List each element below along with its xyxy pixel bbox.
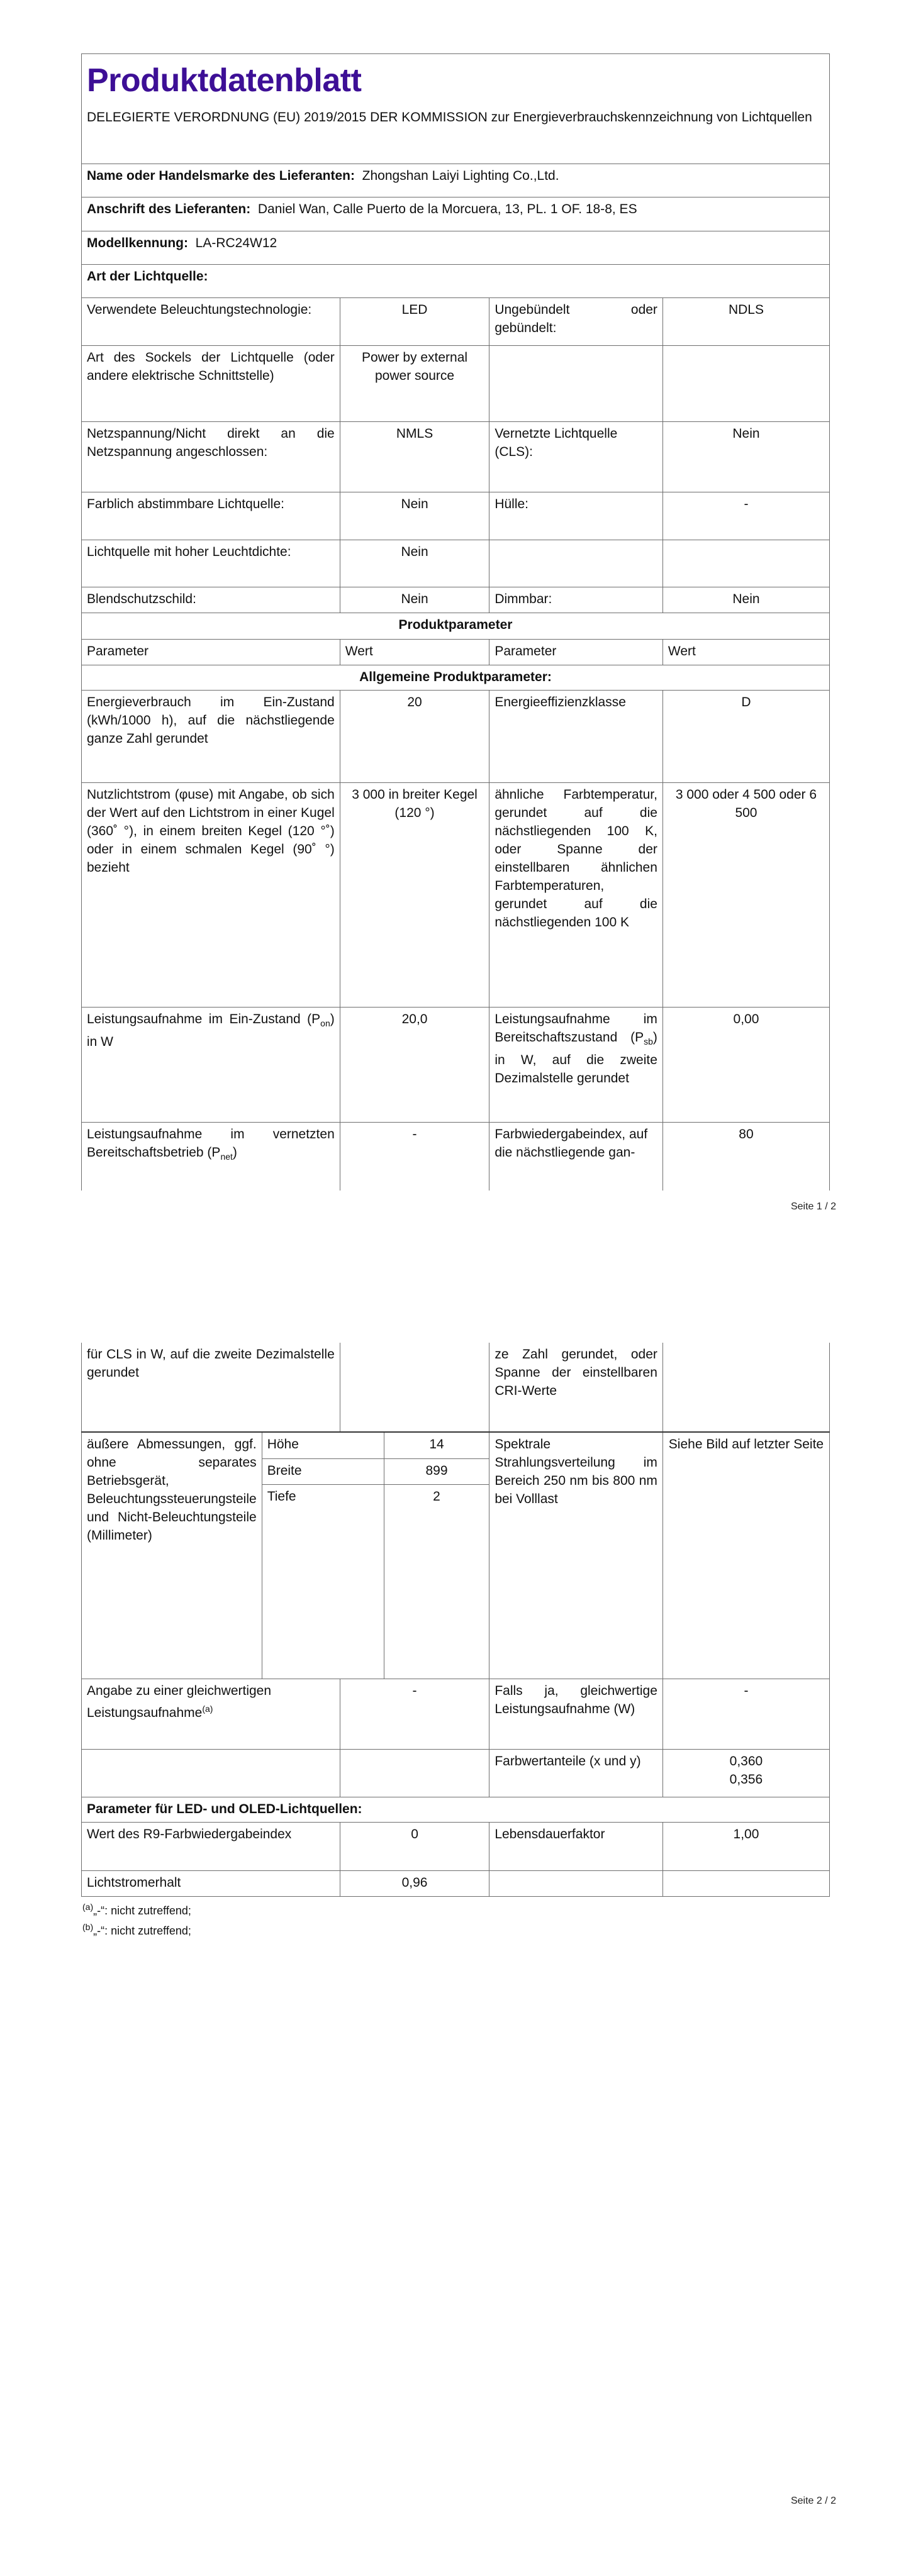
table-row: Leistungsaufnahme im Ein-Zustand (Pon) i… xyxy=(82,1008,830,1123)
table-row: Verwendete Beleuchtungstechnologie: LED … xyxy=(82,298,830,346)
param-value xyxy=(662,1343,829,1432)
param-value: 80 xyxy=(662,1123,829,1191)
param-value: 20 xyxy=(340,691,489,783)
page-number-1: Seite 1 / 2 xyxy=(791,1201,836,1213)
param-label: ähnliche Farbtemperatur, gerundet auf di… xyxy=(489,783,663,1008)
param-value: 0,00 xyxy=(662,1008,829,1123)
param-label: Angabe zu einer gleichwertigen Leistungs… xyxy=(82,1679,340,1750)
page-title: Produktdatenblatt xyxy=(87,62,824,99)
param-label: für CLS in W, auf die zweite Dezimalstel… xyxy=(82,1343,340,1432)
param-value: 20,0 xyxy=(340,1008,489,1123)
param-value: Nein xyxy=(662,422,829,492)
param-label xyxy=(489,1871,663,1897)
param-label: Blendschutzschild: xyxy=(82,587,340,613)
param-label: Lichtstromerhalt xyxy=(82,1871,340,1897)
model-label: Modellkennung: xyxy=(87,236,188,250)
param-value: Siehe Bild auf letzter Seite xyxy=(662,1432,829,1679)
param-label: Farbwiedergabeindex, auf die nächstliege… xyxy=(489,1123,663,1191)
param-value: Nein xyxy=(340,587,489,613)
param-label: Farbwertanteile (x und y) xyxy=(489,1750,663,1797)
supplier-address-value: Daniel Wan, Calle Puerto de la Morcuera,… xyxy=(258,202,637,216)
table-row: Angabe zu einer gleichwertigen Leistungs… xyxy=(82,1679,830,1750)
dimension-value: 14 xyxy=(384,1433,489,1458)
param-value xyxy=(662,346,829,422)
param-value: - xyxy=(662,492,829,540)
general-parameters-heading: Allgemeine Produktparameter: xyxy=(82,665,830,691)
param-value: Nein xyxy=(662,587,829,613)
table-row: Lichtstromerhalt 0,96 xyxy=(82,1871,830,1897)
column-header: Wert xyxy=(340,640,489,665)
param-label: Falls ja, gleichwertige Leistungsaufnahm… xyxy=(489,1679,663,1750)
param-value: LED xyxy=(340,298,489,346)
chromaticity-x: 0,360 xyxy=(668,1752,824,1770)
param-label: Dimmbar: xyxy=(489,587,663,613)
datasheet-table-page-2: für CLS in W, auf die zweite Dezimalstel… xyxy=(81,1343,830,1897)
dimension-name: Höhe xyxy=(262,1433,384,1458)
param-value: - xyxy=(340,1679,489,1750)
column-header: Parameter xyxy=(82,640,340,665)
param-label: Nutzlichtstrom (φuse) mit Angabe, ob sic… xyxy=(82,783,340,1008)
param-label: Ungebündelt oder gebündelt: xyxy=(489,298,663,346)
param-label: Leistungsaufnahme im vernetzten Bereitsc… xyxy=(82,1123,340,1191)
param-label: Lichtquelle mit hoher Leuchtdichte: xyxy=(82,540,340,587)
table-row: Art des Sockels der Lichtquelle (oder an… xyxy=(82,346,830,422)
column-header: Parameter xyxy=(489,640,663,665)
light-source-type-heading: Art der Lichtquelle: xyxy=(82,265,830,298)
param-label: Lebensdauerfaktor xyxy=(489,1823,663,1871)
param-value xyxy=(340,1343,489,1432)
param-label: Netzspannung/Nicht direkt an die Netzspa… xyxy=(82,422,340,492)
dimensions-label: äußere Abmessungen, ggf. ohne separates … xyxy=(82,1433,262,1679)
table-row: Wert des R9-Farbwiedergabeindex 0 Lebens… xyxy=(82,1823,830,1871)
page-number-2: Seite 2 / 2 xyxy=(791,2495,836,2507)
dimension-name: Tiefe xyxy=(262,1484,384,1679)
chromaticity-values: 0,360 0,356 xyxy=(662,1750,829,1797)
param-value: - xyxy=(340,1123,489,1191)
table-row: Energieverbrauch im Ein-Zustand (kWh/100… xyxy=(82,691,830,783)
param-value: 3 000 oder 4 500 oder 6 500 xyxy=(662,783,829,1008)
table-row: Leistungsaufnahme im vernetzten Bereitsc… xyxy=(82,1123,830,1191)
dimensions-cell: äußere Abmessungen, ggf. ohne separates … xyxy=(82,1432,489,1679)
param-value: D xyxy=(662,691,829,783)
param-value: - xyxy=(662,1679,829,1750)
param-label: Vernetzte Lichtquelle (CLS): xyxy=(489,422,663,492)
product-parameters-heading: Produktparameter xyxy=(82,613,830,640)
footnote-a: (a)„-“: nicht zutreffend; xyxy=(82,1899,191,1918)
param-value: 1,00 xyxy=(662,1823,829,1871)
supplier-name-row: Name oder Handelsmarke des Lieferanten: … xyxy=(82,164,830,197)
table-row: Farblich abstimmbare Lichtquelle: Nein H… xyxy=(82,492,830,540)
supplier-address-row: Anschrift des Lieferanten: Daniel Wan, C… xyxy=(82,197,830,231)
param-label: Energieeffizienzklasse xyxy=(489,691,663,783)
document-header: Produktdatenblatt DELEGIERTE VERORDNUNG … xyxy=(82,54,830,164)
param-label xyxy=(82,1750,340,1797)
param-value: NDLS xyxy=(662,298,829,346)
table-row: Blendschutzschild: Nein Dimmbar: Nein xyxy=(82,587,830,613)
param-value: Nein xyxy=(340,540,489,587)
param-label: Spektrale Strahlungsverteilung im Bereic… xyxy=(489,1432,663,1679)
chromaticity-y: 0,356 xyxy=(668,1770,824,1789)
param-value: Power by external power source xyxy=(340,346,489,422)
dimensions-row: äußere Abmessungen, ggf. ohne separates … xyxy=(82,1432,830,1679)
param-label: Energieverbrauch im Ein-Zustand (kWh/100… xyxy=(82,691,340,783)
table-row: für CLS in W, auf die zweite Dezimalstel… xyxy=(82,1343,830,1432)
param-label: Art des Sockels der Lichtquelle (oder an… xyxy=(82,346,340,422)
param-value: 0 xyxy=(340,1823,489,1871)
dimension-value: 899 xyxy=(384,1458,489,1484)
dimension-name: Breite xyxy=(262,1458,384,1484)
param-value xyxy=(662,1871,829,1897)
model-value: LA-RC24W12 xyxy=(196,236,277,250)
param-value: 0,96 xyxy=(340,1871,489,1897)
regulation-reference: DELEGIERTE VERORDNUNG (EU) 2019/2015 DER… xyxy=(87,108,824,126)
param-label: Hülle: xyxy=(489,492,663,540)
param-value xyxy=(340,1750,489,1797)
param-label xyxy=(489,346,663,422)
param-value xyxy=(662,540,829,587)
param-label: Leistungsaufnahme im Bereitschaftszustan… xyxy=(489,1008,663,1123)
table-row: Netzspannung/Nicht direkt an die Netzspa… xyxy=(82,422,830,492)
param-value: NMLS xyxy=(340,422,489,492)
led-parameters-heading: Parameter für LED- und OLED-Lichtquellen… xyxy=(82,1797,830,1823)
param-value: Nein xyxy=(340,492,489,540)
param-label xyxy=(489,540,663,587)
param-label: ze Zahl gerundet, oder Spanne der einste… xyxy=(489,1343,663,1432)
supplier-name-value: Zhongshan Laiyi Lighting Co.,Ltd. xyxy=(362,169,559,183)
param-value: 3 000 in breiter Kegel (120 °) xyxy=(340,783,489,1008)
column-header: Wert xyxy=(662,640,829,665)
footnote-b: (b)„-“: nicht zutreffend; xyxy=(82,1919,191,1938)
table-row: Farbwertanteile (x und y) 0,360 0,356 xyxy=(82,1750,830,1797)
model-row: Modellkennung: LA-RC24W12 xyxy=(82,231,830,265)
supplier-address-label: Anschrift des Lieferanten: xyxy=(87,202,250,216)
table-row: Lichtquelle mit hoher Leuchtdichte: Nein xyxy=(82,540,830,587)
datasheet-table-page-1: Produktdatenblatt DELEGIERTE VERORDNUNG … xyxy=(81,53,830,1191)
table-row: Nutzlichtstrom (φuse) mit Angabe, ob sic… xyxy=(82,783,830,1008)
param-label: Leistungsaufnahme im Ein-Zustand (Pon) i… xyxy=(82,1008,340,1123)
param-label: Farblich abstimmbare Lichtquelle: xyxy=(82,492,340,540)
supplier-name-label: Name oder Handelsmarke des Lieferanten: xyxy=(87,169,355,183)
column-header-row: Parameter Wert Parameter Wert xyxy=(82,640,830,665)
param-label: Wert des R9-Farbwiedergabeindex xyxy=(82,1823,340,1871)
param-label: Verwendete Beleuchtungstechnologie: xyxy=(82,298,340,346)
dimension-value: 2 xyxy=(384,1484,489,1679)
